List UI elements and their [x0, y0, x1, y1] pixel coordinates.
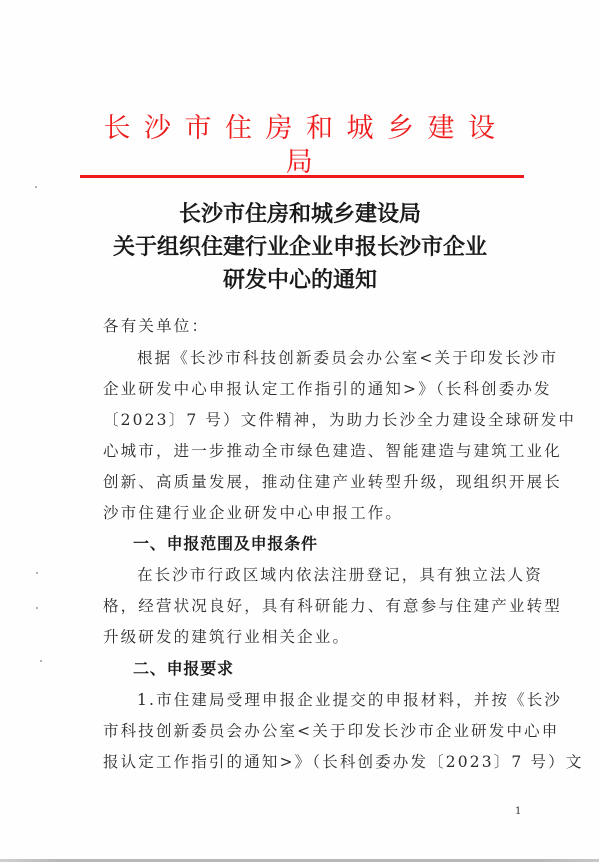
paragraph-1-line-4: 心城市，进一步推动全市绿色建造、智能建造与建筑工业化 [103, 440, 562, 462]
section-2-line-2: 市科技创新委员会办公室<关于印发长沙市企业研发中心申 [103, 720, 559, 742]
page-number: 1 [515, 806, 521, 818]
section-1-line-3: 升级研发的建筑行业相关企业。 [103, 626, 350, 648]
salutation: 各有关单位： [103, 314, 209, 338]
section-2-line-3: 报认定工作指引的通知>》（长科创委办发〔2023〕7 号）文 [103, 751, 583, 773]
paragraph-1-line-2: 企业研发中心申报认定工作指引的通知>》（长科创委办发 [103, 378, 552, 400]
section-1-line-1: 在长沙市行政区域内依法注册登记，具有独立法人资 [137, 564, 543, 586]
paragraph-1-line-6: 沙市住建行业企业研发中心申报工作。 [103, 502, 403, 524]
document-page: 长沙市住房和城乡建设局 长沙市住房和城乡建设局 关于组织住建行业企业申报长沙市企… [0, 0, 599, 860]
scan-speck [35, 186, 37, 188]
section-1-heading: 一、申报范围及申报条件 [133, 533, 318, 555]
letterhead-org-name: 长沙市住房和城乡建设局 [80, 112, 524, 180]
document-title: 长沙市住房和城乡建设局 关于组织住建行业企业申报长沙市企业 研发中心的通知 [60, 198, 540, 297]
letterhead-red-rule [80, 175, 524, 178]
scan-speck [36, 572, 38, 574]
title-line-1: 长沙市住房和城乡建设局 [60, 198, 540, 231]
title-line-2: 关于组织住建行业企业申报长沙市企业 [60, 231, 540, 264]
title-line-3: 研发中心的通知 [60, 264, 540, 297]
section-1-line-2: 格，经营状况良好，具有科研能力、有意参与住建产业转型 [103, 595, 562, 617]
section-2-line-1: 1.市住建局受理申报企业提交的申报材料，并按《长沙 [137, 689, 562, 711]
scan-speck [36, 607, 38, 609]
paragraph-1-line-3: 〔2023〕7 号）文件精神，为助力长沙全力建设全球研发中 [103, 409, 576, 431]
paragraph-1-line-1: 根据《长沙市科技创新委员会办公室<关于印发长沙市 [137, 347, 558, 369]
paragraph-1-line-5: 创新、高质量发展，推动住建产业转型升级，现组织开展长 [103, 471, 562, 493]
section-2-heading: 二、申报要求 [133, 658, 234, 680]
scan-speck [40, 660, 42, 662]
